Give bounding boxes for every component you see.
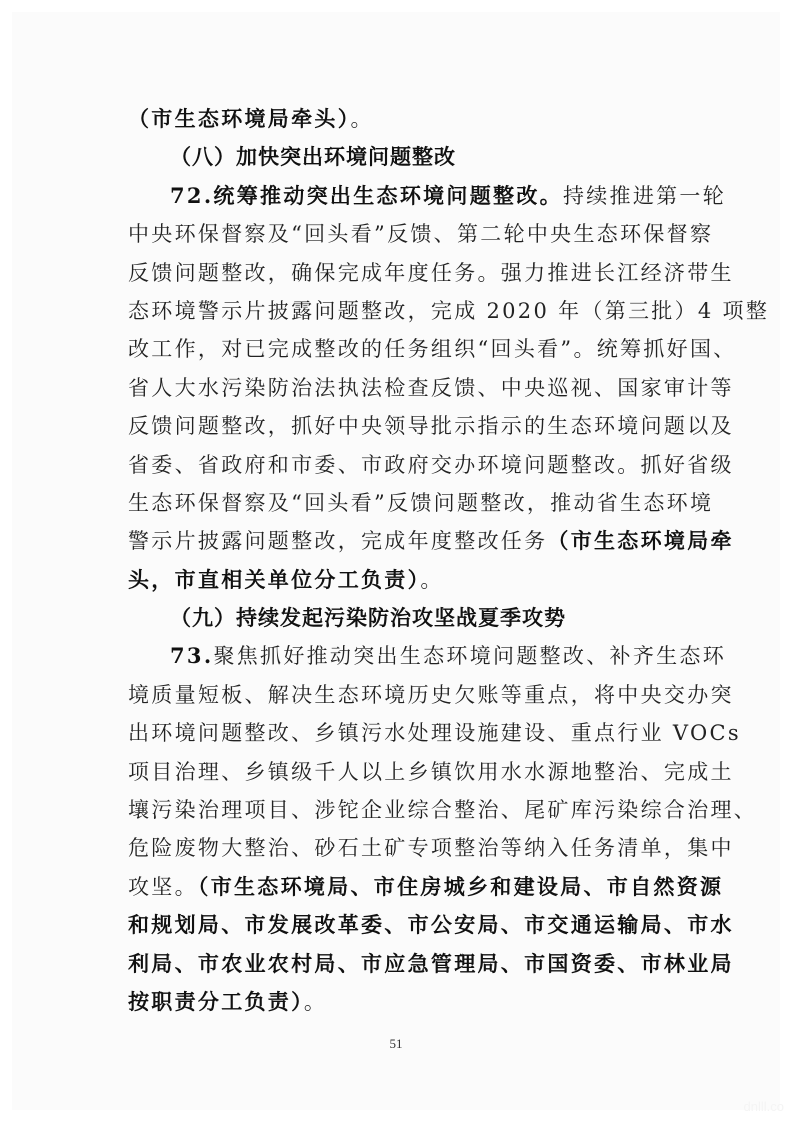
section-heading: （九）持续发起污染防治攻坚战夏季攻势 bbox=[128, 599, 674, 637]
text-line: 壤污染治理项目、涉铊企业综合整治、尾矿库污染综合治理、 bbox=[128, 791, 674, 829]
text-segment: 省委、省政府和市委、市政府交办环境问题整改。抓好省级 bbox=[128, 453, 734, 477]
text-line: 攻坚。（市生态环境局、市住房城乡和建设局、市自然资源 bbox=[128, 868, 674, 906]
text-line: 境质量短板、解决生态环境历史欠账等重点，将中央交办突 bbox=[128, 676, 674, 714]
text-line: 73.聚焦抓好推动突出生态环境问题整改、补齐生态环 bbox=[128, 637, 674, 675]
text-line: 头，市直相关单位分工负责）。 bbox=[128, 561, 674, 599]
text-line: 警示片披露问题整改，完成年度整改任务（市生态环境局牵 bbox=[128, 522, 674, 560]
bold-text-segment: （市生态环境局、市住房城乡和建设局、市自然资源 bbox=[198, 874, 723, 899]
text-line: 省委、省政府和市委、市政府交办环境问题整改。抓好省级 bbox=[128, 446, 674, 484]
text-segment: 态环境警示片披露问题整改，完成 2020 年（第三批）4 项整 bbox=[128, 299, 769, 323]
text-line: 改工作，对已完成整改的任务组织“回头看”。统筹抓好国、 bbox=[128, 330, 674, 368]
text-segment: 持续推进第一轮 bbox=[563, 184, 726, 208]
page-number: 51 bbox=[0, 1036, 792, 1052]
text-line: 出环境问题整改、乡镇污水处理设施建设、重点行业 VOCs bbox=[128, 714, 674, 752]
text-segment: 壤污染治理项目、涉铊企业综合整治、尾矿库污染综合治理、 bbox=[128, 798, 757, 822]
text-segment: 出环境问题整改、乡镇污水处理设施建设、重点行业 VOCs bbox=[128, 721, 741, 745]
text-segment: 。 bbox=[420, 568, 443, 592]
bold-text-segment: 和规划局、市发展改革委、市公安局、市交通运输局、市水 bbox=[128, 912, 734, 937]
section-heading: （八）加快突出环境问题整改 bbox=[128, 138, 674, 176]
text-line: 72.统筹推动突出生态环境问题整改。持续推进第一轮 bbox=[128, 177, 674, 215]
text-segment: 攻坚。 bbox=[128, 875, 198, 899]
text-line: 项目治理、乡镇级千人以上乡镇饮用水水源地整治、完成土 bbox=[128, 753, 674, 791]
text-segment: 省人大水污染防治法执法检查反馈、中央巡视、国家审计等 bbox=[128, 376, 734, 400]
text-segment: 。 bbox=[304, 990, 327, 1014]
text-segment: 境质量短板、解决生态环境历史欠账等重点，将中央交办突 bbox=[128, 683, 734, 707]
bold-text-segment: （九）持续发起污染防治攻坚战夏季攻势 bbox=[170, 606, 566, 630]
text-segment: 生态环保督察及“回头看”反馈问题整改，推动省生态环境 bbox=[128, 491, 713, 515]
bold-text-segment: 72.统筹推动突出生态环境问题整改。 bbox=[170, 183, 563, 208]
text-segment: 警示片披露问题整改，完成年度整改任务 bbox=[128, 529, 547, 553]
text-line: 按职责分工负责）。 bbox=[128, 983, 674, 1021]
bold-text-segment: （市生态环境局牵 bbox=[547, 528, 733, 553]
bold-text-segment: 头，市直相关单位分工负责） bbox=[128, 567, 420, 592]
text-line: （市生态环境局牵头）。 bbox=[128, 100, 674, 138]
text-segment: 项目治理、乡镇级千人以上乡镇饮用水水源地整治、完成土 bbox=[128, 760, 734, 784]
bold-text-segment: （八）加快突出环境问题整改 bbox=[170, 145, 456, 169]
text-segment: 。 bbox=[351, 107, 374, 131]
text-line: 反馈问题整改，抓好中央领导批示指示的生态环境问题以及 bbox=[128, 407, 674, 445]
text-line: 态环境警示片披露问题整改，完成 2020 年（第三批）4 项整 bbox=[128, 292, 674, 330]
document-body: （市生态环境局牵头）。（八）加快突出环境问题整改72.统筹推动突出生态环境问题整… bbox=[128, 100, 674, 1021]
text-segment: 聚焦抓好推动突出生态环境问题整改、补齐生态环 bbox=[213, 644, 726, 668]
text-line: 中央环保督察及“回头看”反馈、第二轮中央生态环保督察 bbox=[128, 215, 674, 253]
text-segment: 危险废物大整治、砂石土矿专项整治等纳入任务清单，集中 bbox=[128, 836, 734, 860]
bold-text-segment: （市生态环境局牵头） bbox=[128, 106, 351, 131]
bold-text-segment: 按职责分工负责） bbox=[128, 989, 304, 1014]
text-segment: 反馈问题整改，抓好中央领导批示指示的生态环境问题以及 bbox=[128, 414, 734, 438]
text-line: 和规划局、市发展改革委、市公安局、市交通运输局、市水 bbox=[128, 906, 674, 944]
text-line: 利局、市农业农村局、市应急管理局、市国资委、市林业局 bbox=[128, 945, 674, 983]
bold-text-segment: 73. bbox=[170, 643, 213, 668]
text-line: 生态环保督察及“回头看”反馈问题整改，推动省生态环境 bbox=[128, 484, 674, 522]
bold-text-segment: 利局、市农业农村局、市应急管理局、市国资委、市林业局 bbox=[128, 951, 734, 976]
text-segment: 改工作，对已完成整改的任务组织“回头看”。统筹抓好国、 bbox=[128, 337, 737, 361]
text-segment: 反馈问题整改，确保完成年度任务。强力推进长江经济带生 bbox=[128, 261, 734, 285]
text-line: 反馈问题整改，确保完成年度任务。强力推进长江经济带生 bbox=[128, 254, 674, 292]
text-line: 危险废物大整治、砂石土矿专项整治等纳入任务清单，集中 bbox=[128, 829, 674, 867]
text-segment: 中央环保督察及“回头看”反馈、第二轮中央生态环保督察 bbox=[128, 222, 713, 246]
text-line: 省人大水污染防治法执法检查反馈、中央巡视、国家审计等 bbox=[128, 369, 674, 407]
watermark: dnlll.co bbox=[744, 1099, 784, 1114]
